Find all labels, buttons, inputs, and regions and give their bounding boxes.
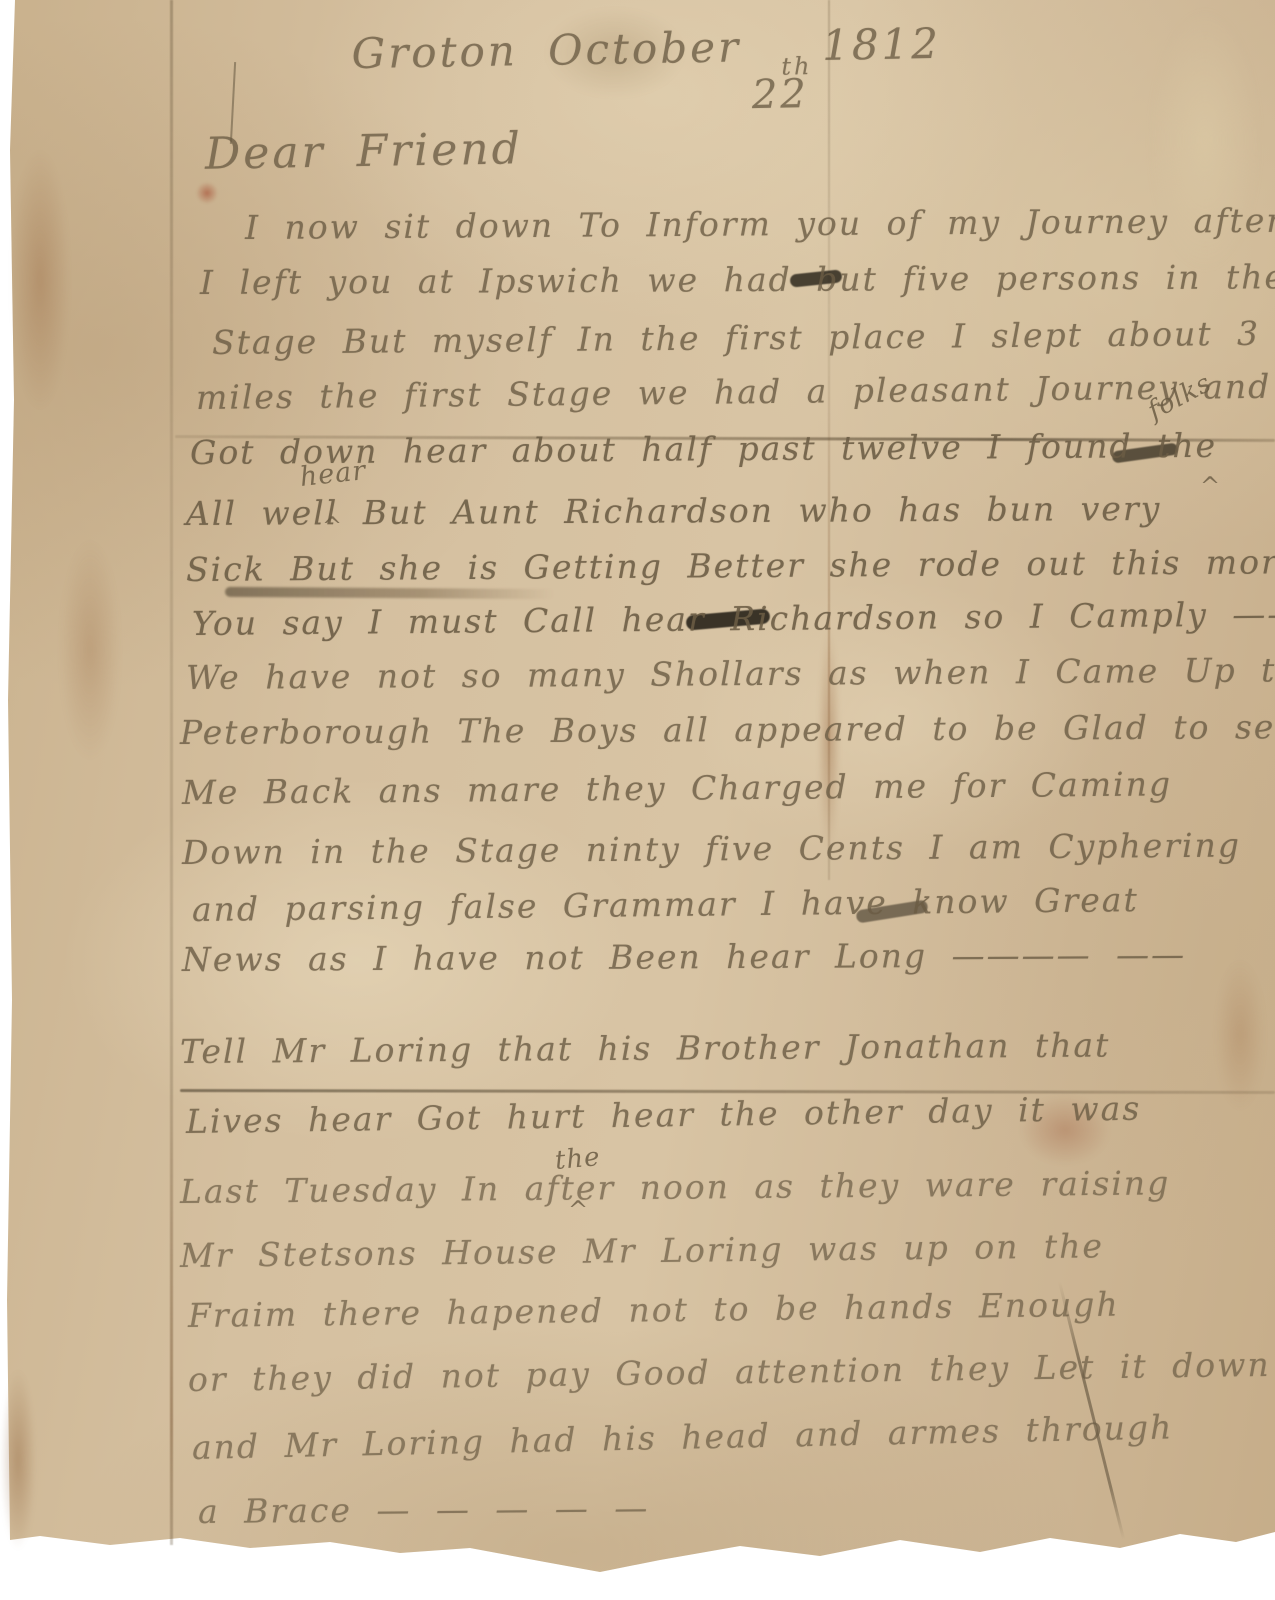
letter-line: Tell Mr Loring that his Brother Jonathan… [180, 1026, 1111, 1071]
dateline-day: 22 [752, 74, 810, 115]
letter-line: Down in the Stage ninty five Cents I am … [182, 826, 1241, 872]
caret-mark: ^ [568, 1196, 588, 1224]
letter-line: I left you at Ipswich we had but five pe… [200, 257, 1275, 302]
caret-mark: ^ [322, 512, 342, 540]
letter-line: News as I have not Been hear Long ———— —… [182, 935, 1186, 979]
dateline-place-month: Groton October [351, 22, 741, 78]
caret-mark: ^ [1200, 472, 1220, 500]
letter-dateline: Groton Octoberth221812 [351, 19, 942, 122]
salutation: Dear Friend [205, 123, 524, 180]
letter-line: a Brace — — — — — [198, 1488, 650, 1531]
letter-line: Peterborough The Boys all appeared to be… [180, 707, 1275, 752]
letter-line: Sick But she is Getting Better she rode … [186, 542, 1275, 589]
scanned-letter-page: Groton Octoberth221812 Dear Friend I now… [0, 0, 1275, 1600]
letter-line: We have not so many Shollars as when I C… [186, 650, 1275, 697]
inserted-word-the: the [554, 1142, 602, 1176]
dateline-year: 1812 [822, 19, 942, 70]
letter-line: I now sit down To Inform you of my Journ… [245, 201, 1275, 247]
